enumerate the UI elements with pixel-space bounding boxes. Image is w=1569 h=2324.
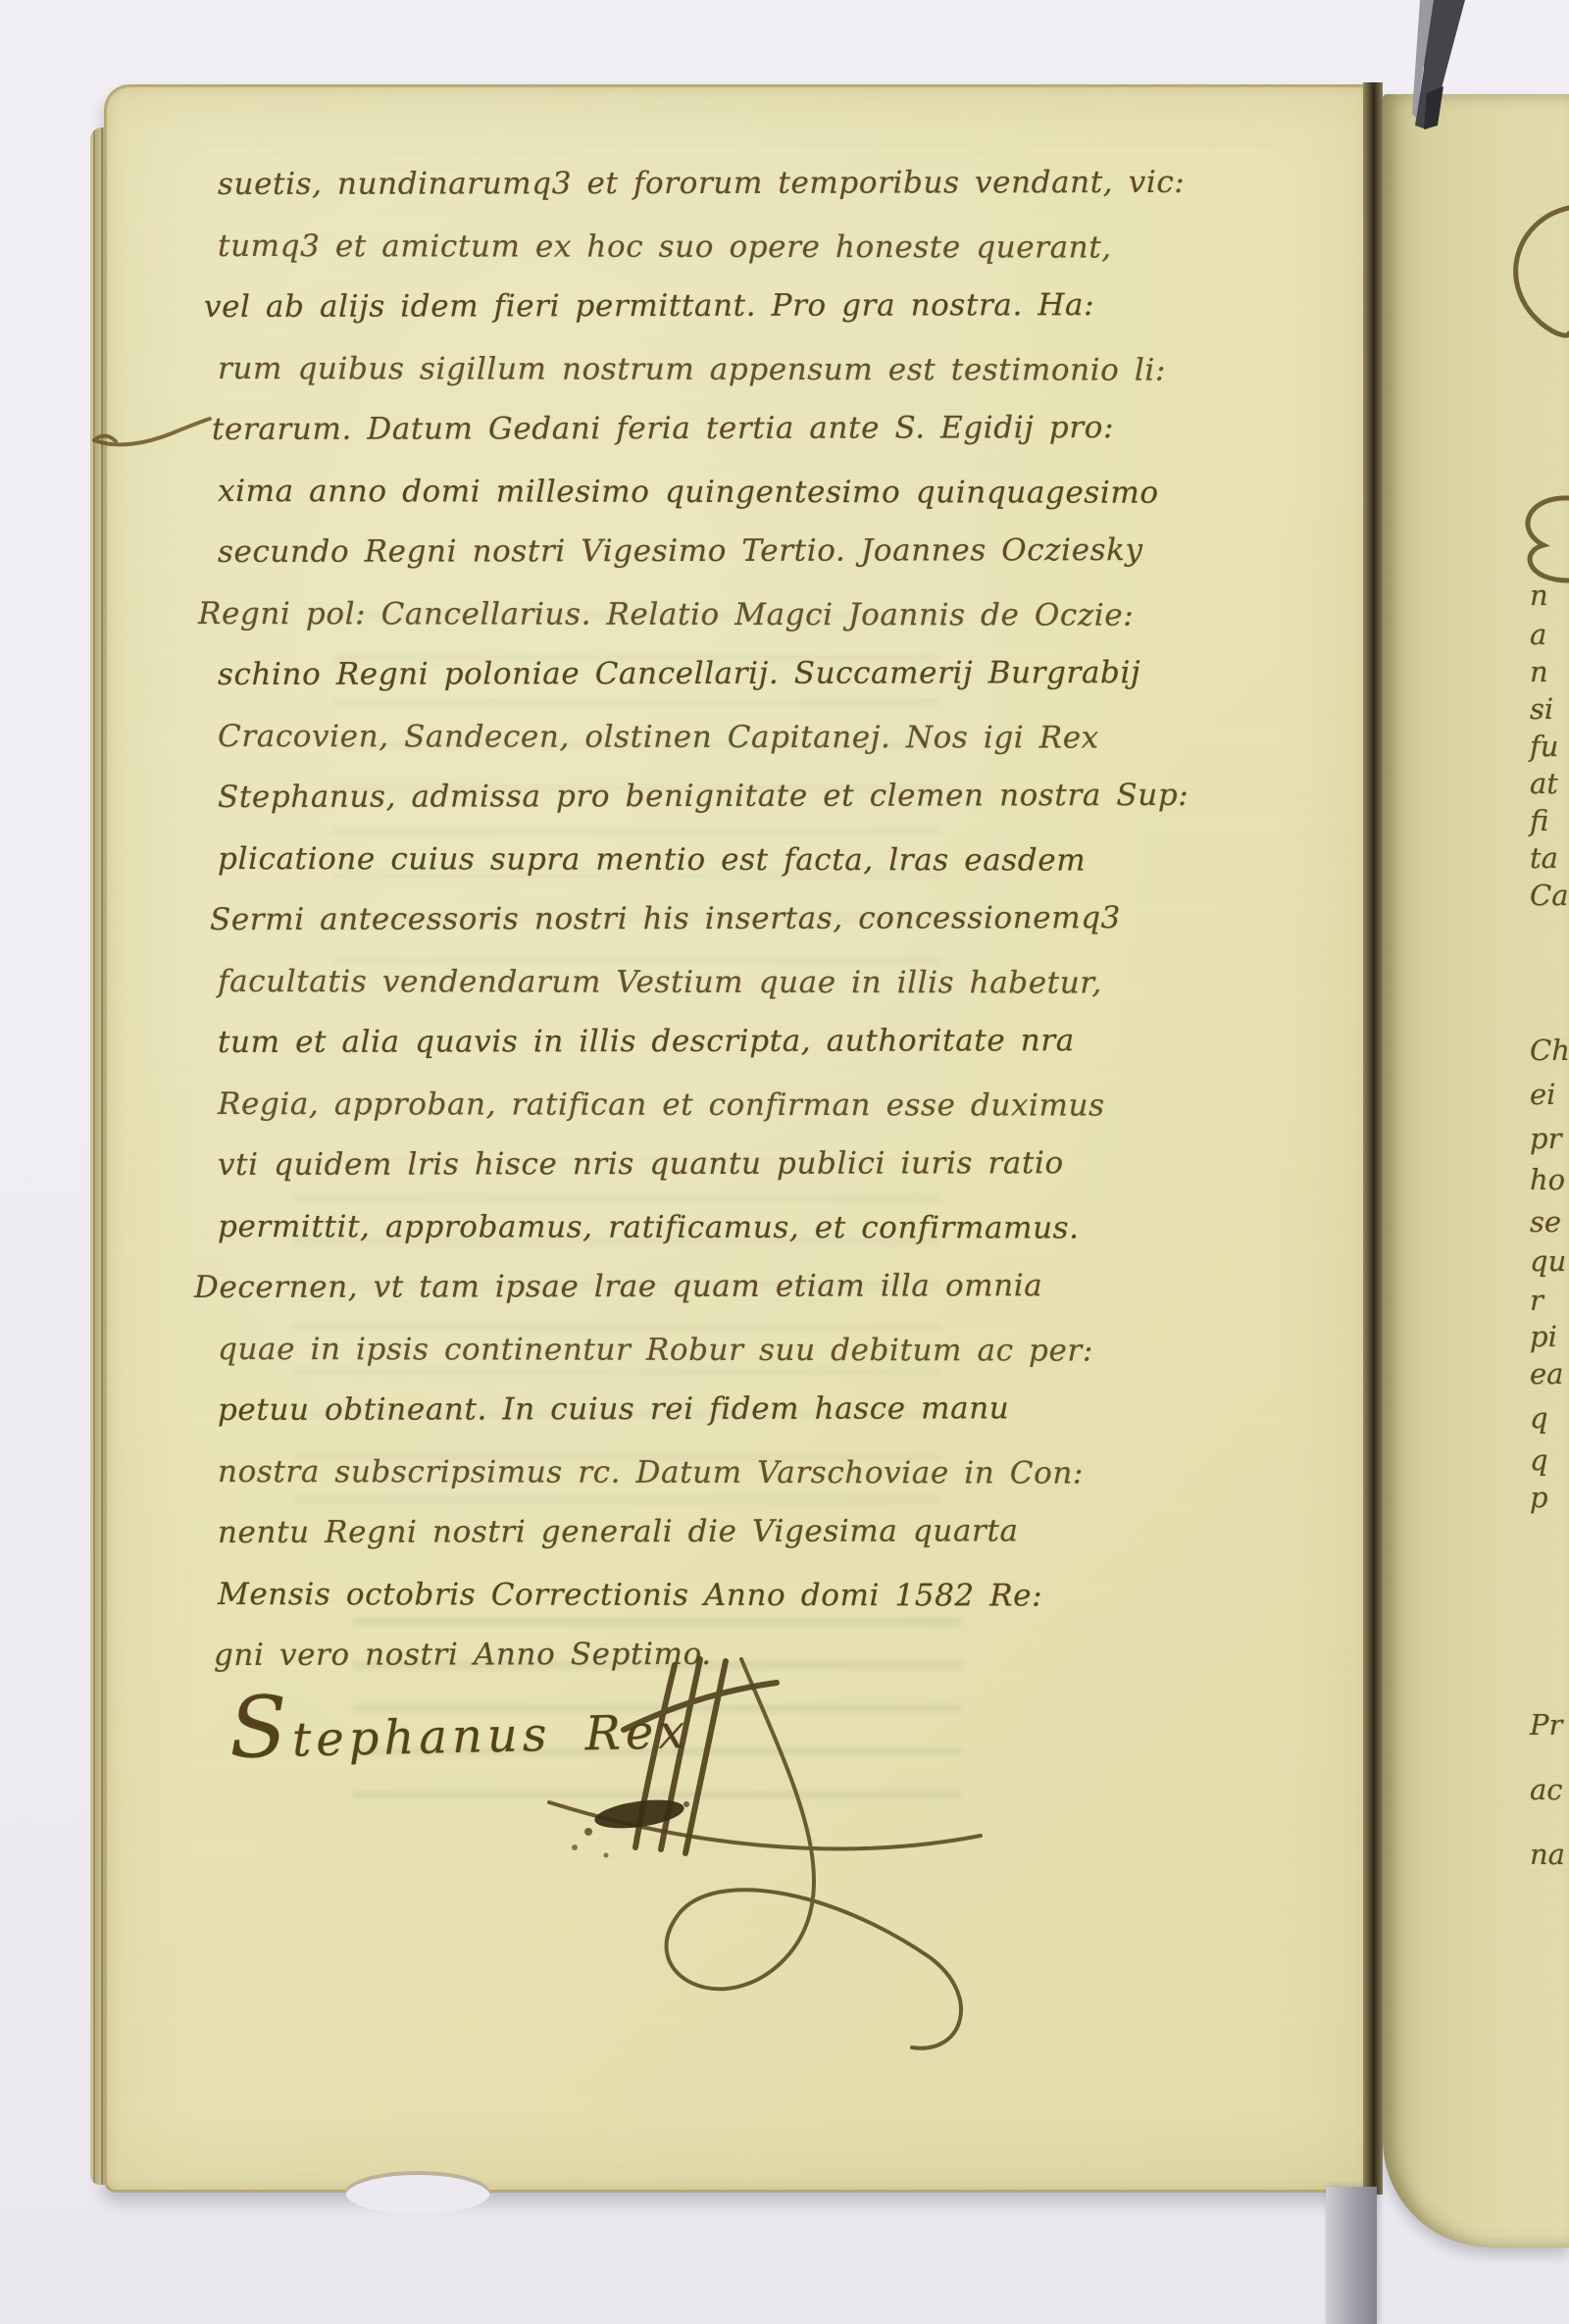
manuscript-line: vti quidem lris hisce nris quantu public…: [218, 1145, 1345, 1209]
facing-line-fragment: n: [1530, 579, 1548, 612]
binding-gutter: [1363, 82, 1383, 2195]
facing-page-sliver: n a n si fu at fi ta Ca Ch ei pr ho se q…: [1383, 94, 1569, 2248]
manuscript-line: Regia, approban, ratifican et confirman …: [218, 1086, 1345, 1150]
facing-line-fragment: n: [1530, 655, 1548, 688]
facing-line-fragment: na: [1530, 1838, 1565, 1871]
facing-line-fragment: q: [1530, 1443, 1548, 1477]
manuscript-line: Sermi antecessoris nostri his insertas, …: [210, 900, 1345, 964]
facing-line-fragment: Pr: [1530, 1708, 1562, 1742]
facing-line-fragment: r: [1530, 1284, 1544, 1317]
royal-signature: Stephanus Rex: [228, 1699, 689, 1769]
facing-line-fragment: ea: [1530, 1357, 1563, 1390]
manuscript-line: plicatione cuius supra mentio est facta,…: [218, 841, 1345, 905]
manuscript-line: secundo Regni nostri Vigesimo Tertio. Jo…: [218, 532, 1345, 596]
facing-line-fragment: Ch: [1530, 1034, 1569, 1067]
facing-line-fragment: ei: [1530, 1078, 1555, 1111]
manuscript-line: Decernen, vt tam ipsae lrae quam etiam i…: [194, 1268, 1345, 1332]
manuscript-line: Cracovien, Sandecen, olstinen Capitanej.…: [218, 719, 1345, 783]
facing-line-fragment: pi: [1530, 1320, 1557, 1353]
facing-line-fragment: fu: [1530, 730, 1558, 763]
manuscript-line: facultatis vendendarum Vestium quae in i…: [218, 964, 1345, 1028]
facing-line-fragment: ac: [1530, 1773, 1563, 1806]
manuscript-line: xima anno domi millesimo quingentesimo q…: [218, 474, 1345, 537]
facing-line-fragment: fi: [1530, 804, 1548, 837]
manuscript-line: permittit, approbamus, ratificamus, et c…: [218, 1209, 1345, 1273]
facing-line-fragment: a: [1530, 618, 1546, 651]
facing-line-fragment: q: [1530, 1401, 1548, 1435]
facing-line-fragment: at: [1530, 767, 1558, 800]
manuscript-line: Mensis octobris Correctionis Anno domi 1…: [218, 1577, 1345, 1641]
manuscript-line: Stephanus, admissa pro benignitate et cl…: [218, 778, 1345, 841]
manuscript-line: petuu obtineant. In cuius rei fidem hasc…: [218, 1390, 1345, 1454]
facing-line-fragment: se: [1530, 1205, 1561, 1238]
manuscript-line: rum quibus sigillum nostrum appensum est…: [218, 351, 1345, 415]
manuscript-text-block: suetis, nundinarumq3 et fororum temporib…: [218, 167, 1345, 1699]
page-bottom-notch: [345, 2171, 490, 2214]
manuscript-line: tum et alia quavis in illis descripta, a…: [218, 1023, 1345, 1086]
manuscript-line: quae in ipsis continentur Robur suu debi…: [218, 1332, 1345, 1395]
facing-line-fragment: p: [1530, 1481, 1548, 1514]
manuscript-line: terarum. Datum Gedani feria tertia ante …: [212, 410, 1345, 474]
manuscript-line: nostra subscripsimus rc. Datum Varschovi…: [218, 1454, 1345, 1518]
manuscript-line: suetis, nundinarumq3 et fororum temporib…: [218, 165, 1345, 228]
manuscript-line: vel ab alijs idem fieri permittant. Pro …: [204, 287, 1345, 351]
manuscript-line: nentu Regni nostri generali die Vigesima…: [218, 1513, 1345, 1577]
manuscript-scan: suetis, nundinarumq3 et fororum temporib…: [0, 0, 1569, 2324]
manuscript-line: gni vero nostri Anno Septimo.: [214, 1636, 1345, 1699]
facing-line-fragment: ta: [1530, 841, 1558, 875]
facing-line-fragment: ho: [1530, 1163, 1565, 1196]
facing-line-fragment: si: [1530, 692, 1553, 726]
manuscript-line: schino Regni poloniae Cancellarij. Succa…: [218, 655, 1345, 719]
manuscript-line: Regni pol: Cancellarius. Relatio Magci J…: [198, 596, 1345, 660]
manuscript-line: tumq3 et amictum ex hoc suo opere honest…: [218, 228, 1345, 292]
binding-strap: [1326, 2187, 1377, 2324]
facing-line-fragment: Ca: [1530, 879, 1568, 912]
facing-line-fragment: qu: [1530, 1244, 1566, 1278]
facing-line-fragment: pr: [1530, 1122, 1561, 1155]
